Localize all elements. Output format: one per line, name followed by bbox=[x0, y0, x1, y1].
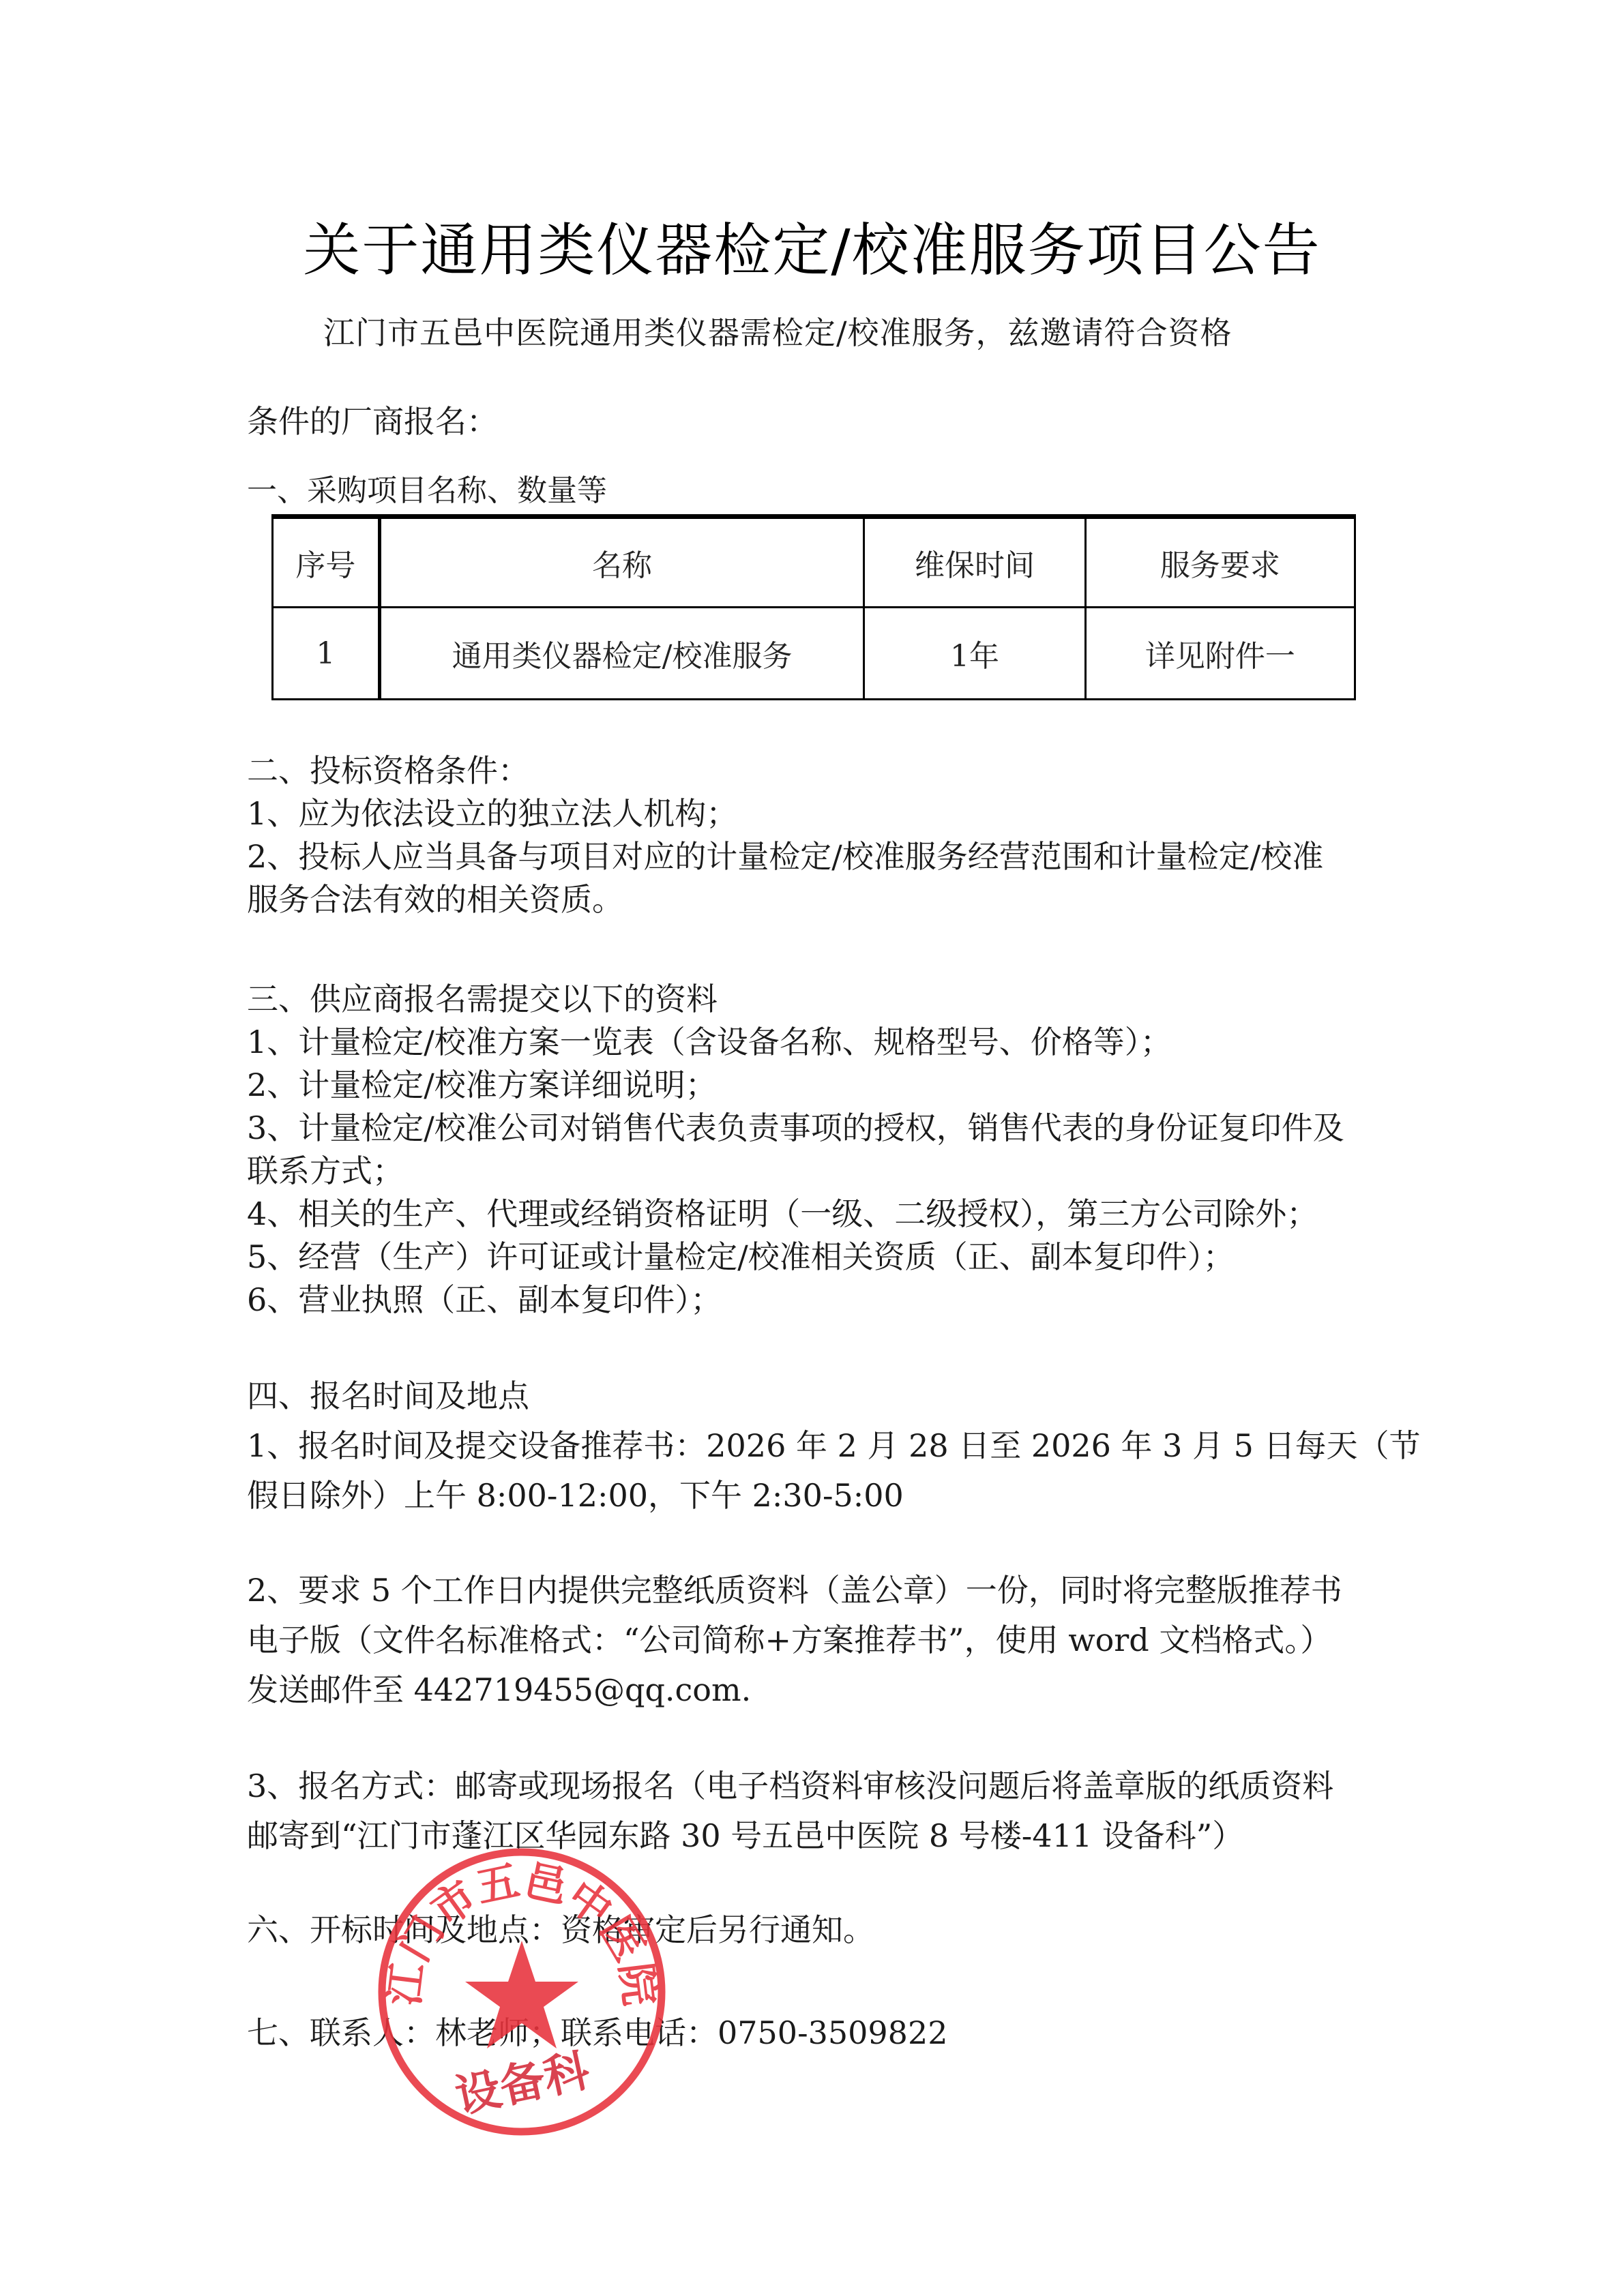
header-service-requirement: 服务要求 bbox=[1085, 517, 1355, 608]
section-3-item: 6、营业执照（正、副本复印件）； bbox=[247, 1279, 722, 1320]
section-6-text: 六、开标时间及地点：资格审定后另行通知。 bbox=[247, 1909, 874, 1950]
official-stamp: 江门市五邑中医院 设备科 bbox=[375, 1845, 668, 2138]
header-name: 名称 bbox=[379, 517, 864, 608]
section-4-item-2: 电子版（文件名标准格式：“公司简称+方案推荐书”，使用 word 文档格式。） bbox=[247, 1620, 1331, 1660]
section-3-item: 3、计量检定/校准公司对销售代表负责事项的授权，销售代表的身份证复印件及 bbox=[247, 1107, 1344, 1148]
cell-maintenance-period: 1年 bbox=[864, 608, 1085, 700]
section-3-heading: 三、供应商报名需提交以下的资料 bbox=[247, 979, 718, 1019]
document-page: 关于通用类仪器检定/校准服务项目公告 江门市五邑中医院通用类仪器需检定/校准服务… bbox=[0, 0, 1624, 2296]
section-2-heading: 二、投标资格条件： bbox=[247, 750, 529, 791]
section-3-item: 1、计量检定/校准方案一览表（含设备名称、规格型号、价格等）； bbox=[247, 1022, 1172, 1062]
section-3-item: 2、计量检定/校准方案详细说明； bbox=[247, 1064, 717, 1105]
intro-line-2: 条件的厂商报名： bbox=[247, 401, 498, 442]
table-header-row: 序号 名称 维保时间 服务要求 bbox=[273, 517, 1355, 608]
section-4-item-3: 3、报名方式：邮寄或现场报名（电子档资料审核没问题后将盖章版的纸质资料 bbox=[247, 1765, 1333, 1806]
section-4-item-2: 2、要求 5 个工作日内提供完整纸质资料（盖公章）一份，同时将完整版推荐书 bbox=[247, 1570, 1342, 1611]
header-maintenance-period: 维保时间 bbox=[864, 517, 1085, 608]
cell-service-requirement: 详见附件一 bbox=[1085, 608, 1355, 700]
table-row: 1 通用类仪器检定/校准服务 1年 详见附件一 bbox=[273, 608, 1355, 700]
section-4-item-1: 假日除外）上午 8:00-12:00，下午 2:30-5:00 bbox=[247, 1475, 904, 1516]
cell-index: 1 bbox=[273, 608, 380, 700]
section-7-contact: 七、联系人：林老师；联系电话：0750-3509822 bbox=[247, 2012, 947, 2053]
intro-line-1: 江门市五邑中医院通用类仪器需检定/校准服务，兹邀请符合资格 bbox=[323, 312, 1232, 353]
header-index: 序号 bbox=[273, 517, 380, 608]
section-3-item: 联系方式； bbox=[247, 1150, 404, 1191]
page-title: 关于通用类仪器检定/校准服务项目公告 bbox=[0, 213, 1624, 288]
section-2-item: 1、应为依法设立的独立法人机构； bbox=[247, 793, 737, 834]
section-1-heading: 一、采购项目名称、数量等 bbox=[247, 471, 607, 511]
stamp-center-text: 设备科 bbox=[451, 2044, 594, 2123]
section-4-item-1: 1、报名时间及提交设备推荐书：2026 年 2 月 28 日至 2026 年 3… bbox=[247, 1425, 1421, 1466]
section-2-item: 2、投标人应当具备与项目对应的计量检定/校准服务经营范围和计量检定/校准 bbox=[247, 836, 1323, 877]
section-3-item: 5、经营（生产）许可证或计量检定/校准相关资质（正、副本复印件）； bbox=[247, 1236, 1235, 1277]
section-3-item: 4、相关的生产、代理或经销资格证明（一级、二级授权），第三方公司除外； bbox=[247, 1193, 1318, 1234]
section-2-item: 服务合法有效的相关资质。 bbox=[247, 879, 623, 920]
stamp-ring bbox=[382, 1852, 662, 2132]
section-4-heading: 四、报名时间及地点 bbox=[247, 1375, 529, 1416]
procurement-table: 序号 名称 维保时间 服务要求 1 通用类仪器检定/校准服务 1年 详见附件一 bbox=[271, 514, 1356, 700]
section-4-item-2-email: 发送邮件至 442719455@qq.com. bbox=[247, 1669, 751, 1710]
section-4-item-3: 邮寄到“江门市蓬江区华园东路 30 号五邑中医院 8 号楼-411 设备科”） bbox=[247, 1815, 1243, 1856]
cell-name: 通用类仪器检定/校准服务 bbox=[379, 608, 864, 700]
